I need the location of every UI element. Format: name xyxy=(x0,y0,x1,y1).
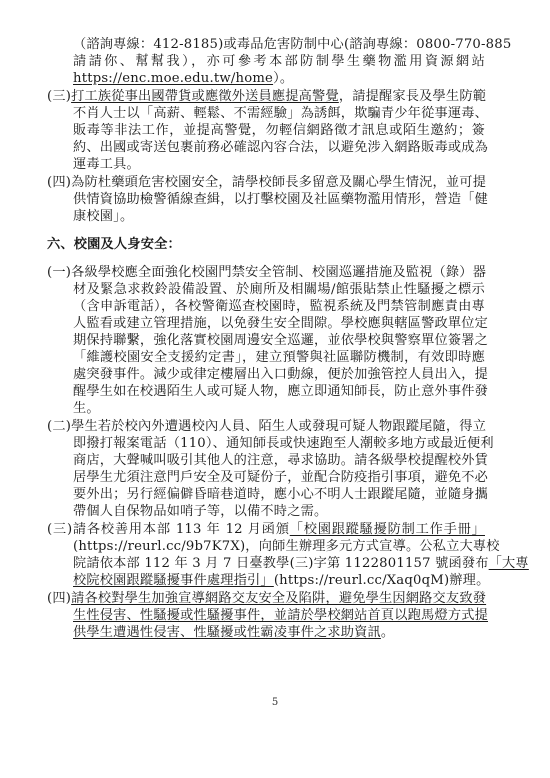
text-line: (https://reurl.cc/9b7K7X)，向師生辦理多元方式宣導。公私… xyxy=(73,538,485,555)
text-segment: 醒學生如在校遇陌生人或可疑人物，應立即通知師長，防止意外事件發 xyxy=(73,384,488,399)
document-page: （諮詢專線：412-8185)或毒品危害防制中心(諮詢專線：0800-770-8… xyxy=(0,0,550,778)
text-segment: （含申訴電話），各校警衛巡查校園時，監視系統及門禁管制應責由專 xyxy=(73,299,485,314)
text-segment: 要外出；另行經偏僻昏暗巷道時，應小心不明人士跟蹤尾隨，並隨身攜 xyxy=(73,487,488,502)
text-line: 帶個人自保物品如哨子等，以備不時之需。 xyxy=(73,503,293,520)
text-line: 「維護校園安全支援約定書」，建立預警與社區聯防機制，有效即時應 xyxy=(73,349,485,366)
text-segment: (一)各級學校應全面強化校園門禁安全管制、校園巡邏措施及監視（錄）器 xyxy=(47,265,486,280)
text-line: 居學生尤須注意門戶安全及可疑份子，並配合防疫指引事項，避免不必 xyxy=(73,469,485,486)
text-segment: 材及緊急求救鈴設備設置、於廁所及相關場/館張貼禁止性騷擾之標示 xyxy=(73,282,485,297)
text-segment: 請請你、幫幫我），亦可參考本部防制學生藥物濫用資源網站 xyxy=(73,54,485,69)
text-segment: 期保持聯繫，強化落實校園周邊安全巡邏，並依學校與警察單位簽署之 xyxy=(73,333,488,348)
text-line: 不肖人士以「高薪、輕鬆、不需經驗」為誘餌，欺騙青少年從事運毒、 xyxy=(73,105,485,122)
text-line: 即撥打報案電話（110）、通知師長或快速跑至人潮較多地方或最近便利 xyxy=(73,435,485,452)
text-segment: 不肖人士以「高薪、輕鬆、不需經驗」為誘餌，欺騙青少年從事運毒、 xyxy=(73,106,488,121)
text-line: 康校園」。 xyxy=(73,208,133,225)
text-line: 生性侵害、性騷擾或性騷擾事件，並請於學校網站首頁以跑馬燈方式提 xyxy=(73,607,485,624)
text-line: 要外出；另行經偏僻昏暗巷道時，應小心不明人士跟蹤尾隨，並隨身攜 xyxy=(73,486,485,503)
text-line: (四)為防杜藥頭危害校園安全，請學校師長多留意及關心學生情況，並可提 xyxy=(47,174,485,191)
text-line: 院請依本部 112 年 3 月 7 日臺教學(三)字第 1122801157 號… xyxy=(73,555,485,572)
text-line: 校院校園跟蹤騷擾事件處理指引」(https://reurl.cc/Xaq0qM)… xyxy=(73,572,473,589)
text-segment: (四)為防杜藥頭危害校園安全，請學校師長多留意及關心學生情況，並可提 xyxy=(47,175,486,190)
text-line: https://enc.moe.edu.tw/home）。 xyxy=(73,70,243,87)
underlined-text: 「大專 xyxy=(489,556,529,571)
text-line: (三)請各校善用本部 113 年 12 月函頒「校園跟蹤騷擾防制工作手冊」 xyxy=(47,521,485,538)
underlined-text: 請各校對學生加強宣導網路交友安全及陷阱，避免學生因網路交友致發 xyxy=(71,591,486,606)
text-line: 請請你、幫幫我），亦可參考本部防制學生藥物濫用資源網站 xyxy=(73,53,485,70)
text-segment: ，請提醒家長及學生防範 xyxy=(339,89,486,104)
text-line: 供情資協助檢警循線查緝，以打擊校園及社區藥物濫用情形，營造「健 xyxy=(73,191,485,208)
section-heading: 六、校園及人身安全： xyxy=(47,236,207,253)
text-segment: 處突發事件。減少或律定樓層出入口動線，便於加強管控人員出入，提 xyxy=(73,367,488,382)
text-line: 人監看或建立管理措施，以免發生安全間隙。學校應與轄區警政單位定 xyxy=(73,315,485,332)
text-line: (二)學生若於校內外遭遇校內人員、陌生人或發現可疑人物跟蹤尾隨，得立 xyxy=(47,418,485,435)
text-segment: 。 xyxy=(381,625,394,640)
text-line: 期保持聯繫，強化落實校園周邊安全巡邏，並依學校與警察單位簽署之 xyxy=(73,332,485,349)
text-segment: (三) xyxy=(47,89,71,104)
text-segment: 人監看或建立管理措施，以免發生安全間隙。學校應與轄區警政單位定 xyxy=(73,316,488,331)
text-segment: 六、校園及人身安全： xyxy=(47,237,181,252)
text-segment: （諮詢專線：412-8185)或毒品危害防制中心(諮詢專線：0800-770-8… xyxy=(73,37,511,52)
text-segment: 供情資協助檢警循線查緝，以打擊校園及社區藥物濫用情形，營造「健 xyxy=(73,192,488,207)
text-line: 生。 xyxy=(73,400,103,417)
text-segment: 康校園」。 xyxy=(73,209,133,224)
text-line: (三)打工族從事出國帶貨或應徵外送員應提高警覺，請提醒家長及學生防範 xyxy=(47,88,485,105)
text-segment: 「維護校園安全支援約定書」，建立預警與社區聯防機制，有效即時應 xyxy=(73,350,485,365)
text-segment: 居學生尤須注意門戶安全及可疑份子，並配合防疫指引事項，避免不必 xyxy=(73,470,488,485)
text-segment: 院請依本部 112 年 3 月 7 日臺教學(三)字第 1122801157 號… xyxy=(73,556,489,571)
underlined-text: 打工族從事出國帶貨或應徵外送員應提高警覺 xyxy=(71,89,339,104)
text-line: 販毒等非法工作，並提高警覺，勿輕信網路徵才訊息或陌生邀約；簽 xyxy=(73,122,485,139)
underlined-text: 供學生遭遇性侵害、性騷擾或性霸凌事件之求助資訊 xyxy=(73,625,381,640)
text-segment: ）。 xyxy=(273,71,293,86)
text-line: (四)請各校對學生加強宣導網路交友安全及陷阱，避免學生因網路交友致發 xyxy=(47,590,485,607)
text-line: 處突發事件。減少或律定樓層出入口動線，便於加強管控人員出入，提 xyxy=(73,366,485,383)
text-line: 材及緊急求救鈴設備設置、於廁所及相關場/館張貼禁止性騷擾之標示 xyxy=(73,281,485,298)
text-segment: (https://reurl.cc/9b7K7X)，向師生辦理多元方式宣導。公私… xyxy=(73,539,500,554)
text-line: 運毒工具。 xyxy=(73,156,143,173)
text-segment: 約、出國或寄送包裹前務必確認內容合法，以避免涉入網路販毒或成為 xyxy=(73,140,488,155)
text-line: (一)各級學校應全面強化校園門禁安全管制、校園巡邏措施及監視（錄）器 xyxy=(47,264,485,281)
text-segment: 運毒工具。 xyxy=(73,157,140,172)
text-segment: (https://reurl.cc/Xaq0qM)辦理。 xyxy=(274,573,490,588)
text-line: 醒學生如在校遇陌生人或可疑人物，應立即通知師長，防止意外事件發 xyxy=(73,383,485,400)
text-line: 供學生遭遇性侵害、性騷擾或性霸凌事件之求助資訊。 xyxy=(73,624,333,641)
text-segment: 生。 xyxy=(73,401,100,416)
text-segment: 販毒等非法工作，並提高警覺，勿輕信網路徵才訊息或陌生邀約；簽 xyxy=(73,123,485,138)
link-text: https://enc.moe.edu.tw/home xyxy=(73,71,273,86)
text-line: （含申訴電話），各校警衛巡查校園時，監視系統及門禁管制應責由專 xyxy=(73,298,485,315)
text-segment: 商店，大聲喊叫吸引其他人的注意，尋求協助。請各級學校提醒校外賃 xyxy=(73,453,488,468)
text-line: （諮詢專線：412-8185)或毒品危害防制中心(諮詢專線：0800-770-8… xyxy=(73,36,485,53)
underlined-text: 「校園跟蹤騷擾防制工作手冊」 xyxy=(290,522,485,537)
text-line: 約、出國或寄送包裹前務必確認內容合法，以避免涉入網路販毒或成為 xyxy=(73,139,485,156)
text-segment: 生性侵害、性騷擾或性騷擾事件，並請於學校網站首頁以跑馬燈方式提 xyxy=(73,608,488,623)
text-segment: 即撥打報案電話（110）、通知師長或快速跑至人潮較多地方或最近便利 xyxy=(73,436,494,451)
text-segment: (三)請各校善用本部 113 年 12 月函頒 xyxy=(47,522,290,537)
text-segment: 帶個人自保物品如哨子等，以備不時之需。 xyxy=(73,504,327,519)
text-line: 商店，大聲喊叫吸引其他人的注意，尋求協助。請各級學校提醒校外賃 xyxy=(73,452,485,469)
text-segment: (四) xyxy=(47,591,71,606)
underlined-text: 校院校園跟蹤騷擾事件處理指引」 xyxy=(73,573,274,588)
page-number: 5 xyxy=(0,697,550,708)
text-segment: (二)學生若於校內外遭遇校內人員、陌生人或發現可疑人物跟蹤尾隨，得立 xyxy=(47,419,486,434)
